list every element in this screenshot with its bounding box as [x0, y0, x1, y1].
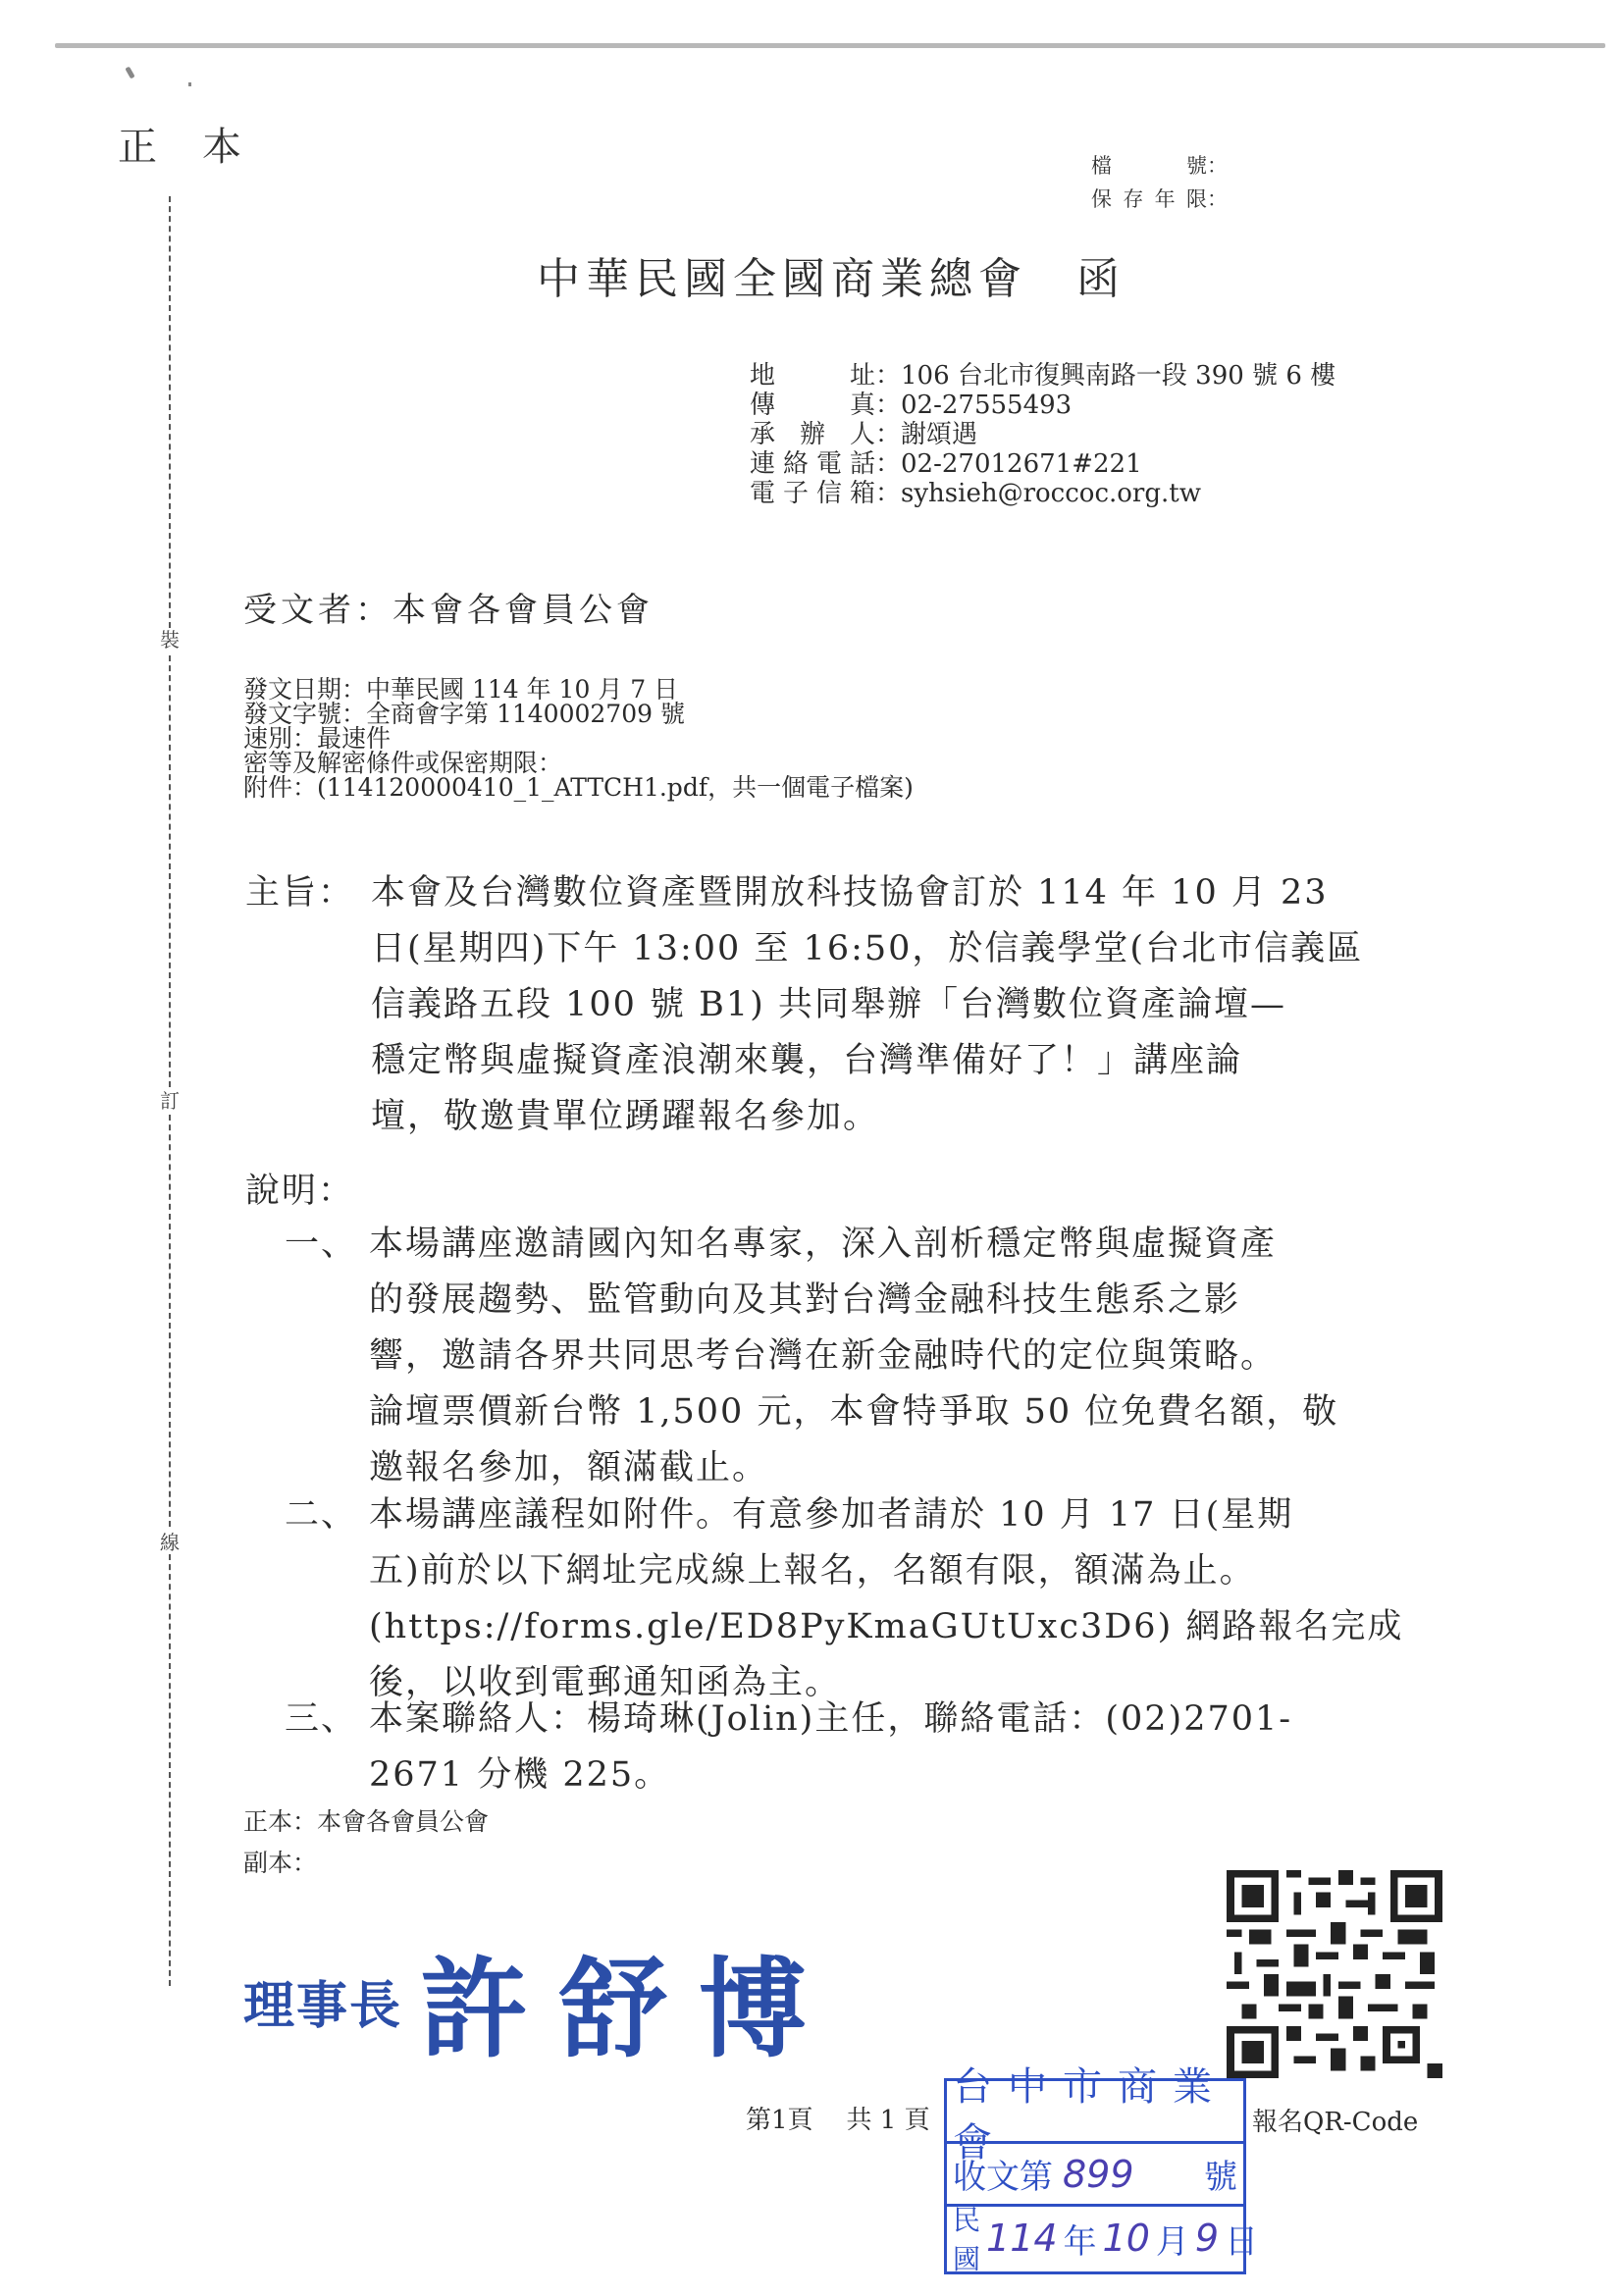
receipt-stamp: 台中市商業會 收文第 899 號 民國 114 年 10 月 9 日 — [944, 2078, 1246, 2274]
subject-label: 主旨： — [245, 865, 354, 921]
contact-block: 地址：106 台北市復興南路一段 390 號 6 樓 傳真：02-2755549… — [750, 361, 1335, 508]
binding-mark-zhuang: 裝 — [160, 628, 180, 652]
page-number: 第1頁 — [746, 2106, 813, 2135]
file-number-row: 檔號： — [1091, 149, 1228, 183]
file-number-label: 檔號 — [1091, 149, 1207, 183]
scan-speck — [188, 82, 191, 86]
carbon-copy-to: 副本： — [243, 1843, 489, 1884]
issue-meta: 發文日期：中華民國 114 年 10 月 7 日 發文字號：全商會字第 1140… — [243, 677, 914, 800]
scan-speck — [125, 67, 134, 79]
retention-row: 保存年限： — [1091, 183, 1228, 216]
subject-body: 本會及台灣數位資產暨開放科技協會訂於 114 年 10 月 23 日(星期四)下… — [371, 865, 1452, 1145]
contact-phone: 連絡電話：02-27012671#221 — [750, 449, 1335, 479]
stamp-org: 台中市商業會 — [947, 2081, 1243, 2144]
registration-link: (https://forms.gle/ED8PyKmaGUtUxc3D6) 網路… — [369, 1599, 1452, 1655]
recipient: 受文者：本會各會員公會 — [243, 583, 654, 631]
file-meta: 檔號： 保存年限： — [1091, 149, 1228, 216]
explanation-label: 說明： — [245, 1164, 354, 1220]
distribution: 正本：本會各會員公會 副本： — [243, 1801, 489, 1884]
qr-caption: 報名QR-Code — [1252, 2102, 1418, 2138]
document-title: 中華民國全國商業總會函 — [0, 243, 1623, 306]
signature-title: 理事長 — [243, 1964, 402, 2038]
registration-qr-code-icon — [1227, 1870, 1442, 2078]
retention-label: 保存年限 — [1091, 183, 1207, 216]
signature-name: 許舒博 — [420, 1923, 838, 2078]
copy-mark: 正本 — [118, 116, 287, 172]
page-total: 共 1 頁 — [847, 2106, 930, 2135]
classification: 密等及解密條件或保密期限： — [243, 751, 914, 775]
issue-number: 發文字號：全商會字第 1140002709 號 — [243, 702, 914, 726]
stamp-date-row: 民國 114 年 10 月 9 日 — [947, 2207, 1243, 2270]
binding-mark-xian: 線 — [160, 1531, 180, 1554]
binding-mark-ding: 訂 — [160, 1089, 180, 1113]
contact-address: 地址：106 台北市復興南路一段 390 號 6 樓 — [750, 361, 1335, 391]
issue-date: 發文日期：中華民國 114 年 10 月 7 日 — [243, 677, 914, 702]
issuing-org: 中華民國全國商業總會 — [537, 254, 1027, 304]
stamp-month: 10 — [1103, 2217, 1150, 2260]
stamp-day: 9 — [1195, 2217, 1219, 2260]
doc-type: 函 — [1076, 254, 1126, 304]
subject-section: 主旨： 本會及台灣數位資產暨開放科技協會訂於 114 年 10 月 23 日(星… — [245, 865, 1452, 1145]
contact-email: 電子信箱：syhsieh@roccoc.org.tw — [750, 479, 1335, 508]
stamp-year: 114 — [986, 2217, 1058, 2260]
contact-handler: 承辦人：謝頌遇 — [750, 420, 1335, 449]
binding-line — [169, 1115, 171, 1527]
explanation-item-1: 一、 本場講座邀請國內知名專家，深入剖析穩定幣與虛擬資產 的發展趨勢、監管動向及… — [285, 1217, 1452, 1496]
explanation-item-3: 三、 本案聯絡人：楊琦琳(Jolin)主任，聯絡電話：(02)2701- 267… — [285, 1692, 1452, 1803]
explanation-item-2: 二、 本場講座議程如附件。有意參加者請於 10 月 17 日(星期 五)前於以下… — [285, 1487, 1452, 1711]
binding-line — [169, 1554, 171, 1986]
scan-top-edge — [55, 43, 1605, 48]
stamp-receipt-number: 899 — [1063, 2153, 1192, 2196]
attachment: 附件：(114120000410_1_ATTCH1.pdf，共一個電子檔案) — [243, 775, 914, 800]
urgency: 速別：最速件 — [243, 726, 914, 751]
page-info: 第1頁共 1 頁 — [746, 2100, 930, 2136]
original-copy-to: 正本：本會各會員公會 — [243, 1801, 489, 1843]
binding-line — [169, 655, 171, 1087]
chairman-signature: 理事長許舒博 — [243, 1923, 838, 2078]
contact-fax: 傳真：02-27555493 — [750, 391, 1335, 420]
